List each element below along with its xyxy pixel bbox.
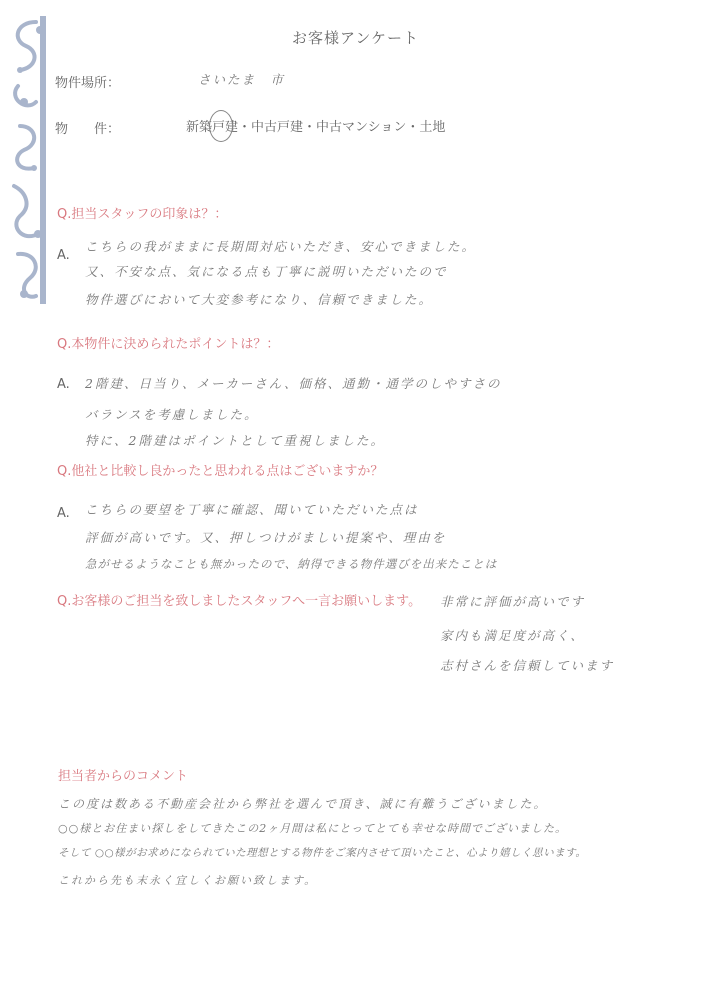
staff-comment-title: 担当者からのコメント: [58, 765, 188, 784]
answer-1-line-1: こちらの我がままに長期間対応いただき、安心できました。: [85, 237, 476, 255]
answer-1-mark: A.: [57, 248, 70, 263]
location-value: さいたま 市: [198, 70, 285, 88]
question-2: Q.本物件に決められたポイントは？：: [57, 333, 279, 352]
answer-2-line-3: 特に、2階建はポイントとして重視しました。: [85, 431, 385, 449]
answer-4-line-2: 家内も満足度が高く、: [440, 626, 585, 644]
answer-3-line-2: 評価が高いです。又、押しつけがましい提案や、理由を: [85, 528, 446, 546]
staff-comment-line-3: そして ○○様がお求めになられていた理想とする物件をご案内させて頂いたこと、心よ…: [58, 845, 586, 860]
answer-3-line-1: こちらの要望を丁寧に確認、聞いていただいた点は: [85, 500, 419, 518]
answer-1-line-2: 又、不安な点、気になる点も丁寧に説明いただいたので: [85, 262, 448, 280]
selected-option-circle: [209, 110, 233, 142]
answer-3-line-3: 急がせるようなことも無かったので、納得できる物件選びを出来たことは: [85, 556, 497, 572]
staff-comment-line-4: これから先も末永く宜しくお願い致します。: [58, 872, 317, 888]
border-line: [40, 16, 46, 304]
staff-comment-line-1: この度は数ある不動産会社から弊社を選んで頂き、誠に有難うございました。: [58, 795, 548, 812]
question-1: Q.担当スタッフの印象は？：: [57, 203, 227, 222]
location-label: 物件場所：: [55, 72, 120, 91]
question-3: Q.他社と比較し良かったと思われる点はございますか？: [57, 460, 383, 479]
answer-1-line-3: 物件選びにおいて大変参考になり、信頼できました。: [85, 290, 433, 308]
answer-4-line-3: 志村さんを信頼しています: [440, 656, 614, 674]
answer-4-line-1: 非常に評価が高いです: [440, 592, 585, 610]
question-4: Q.お客様のご担当を致しましたスタッフへ一言お願いします。: [57, 590, 421, 609]
answer-2-mark: A.: [57, 377, 70, 392]
answer-2-line-2: バランスを考慮しました。: [85, 405, 259, 423]
page-title: お客様アンケート: [0, 27, 711, 48]
answer-2-line-1: 2階建、日当り、メーカーさん、価格、通勤・通学のしやすさの: [85, 374, 501, 392]
answer-3-mark: A.: [57, 506, 70, 521]
staff-comment-line-2: ○○様とお住まい探しをしてきたこの2ヶ月間は私にとってとても幸せな時間でございま…: [58, 820, 567, 836]
property-label: 物 件：: [55, 118, 120, 137]
